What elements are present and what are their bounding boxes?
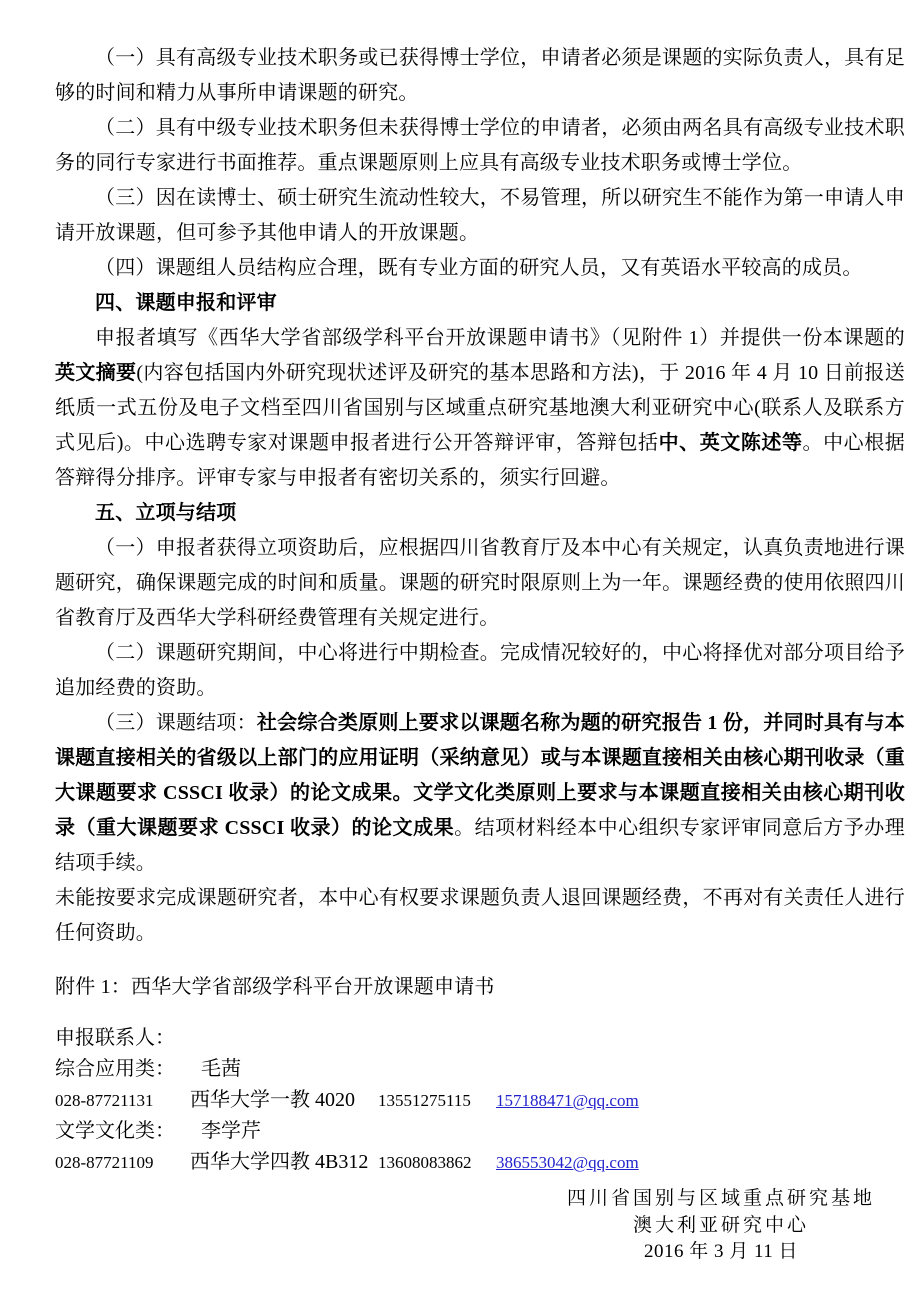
email-link[interactable]: 386553042@qq.com [496, 1147, 639, 1178]
condition-item-4: （四）课题组人员结构应合理，既有专业方面的研究人员，又有英语水平较高的成员。 [55, 251, 905, 286]
bold-run-english-abstract: 英文摘要 [55, 362, 136, 384]
signature-block: 四川省国别与区域重点研究基地 澳大利亚研究中心 2016 年 3 月 11 日 [567, 1186, 875, 1266]
signature-date: 2016 年 3 月 11 日 [567, 1239, 875, 1266]
bold-run-defense-languages: 中、英文陈述等 [659, 432, 803, 454]
contact-detail-row: 028-87721131 西华大学一教 4020 13551275115 157… [55, 1085, 905, 1116]
contact-address: 西华大学四教 4B312 [190, 1147, 378, 1178]
contact-mobile: 13551275115 [378, 1085, 496, 1116]
signature-org-line1: 四川省国别与区域重点研究基地 [567, 1186, 875, 1213]
paragraph-midterm-check: （二）课题研究期间，中心将进行中期检查。完成情况较好的，中心将择优对部分项目给予… [55, 636, 905, 706]
paragraph-penalty: 未能按要求完成课题研究者，本中心有权要求课题负责人退回课题经费，不再对有关责任人… [55, 881, 905, 951]
signature-org-line2: 澳大利亚研究中心 [567, 1213, 875, 1240]
paragraph-completion-requirements: （三）课题结项：社会综合类原则上要求以课题名称为题的研究报告 1 份，并同时具有… [55, 706, 905, 881]
section-heading-application-review: 四、课题申报和评审 [55, 286, 905, 321]
contact-category-row: 综合应用类： 毛茜 [55, 1054, 905, 1085]
contact-address: 西华大学一教 4020 [190, 1085, 378, 1116]
contacts-block: 申报联系人： 综合应用类： 毛茜 028-87721131 西华大学一教 402… [55, 1023, 905, 1178]
section-heading-project-completion: 五、立项与结项 [55, 496, 905, 531]
condition-item-3: （三）因在读博士、硕士研究生流动性较大，不易管理，所以研究生不能作为第一申请人申… [55, 181, 905, 251]
attachment-title: 附件 1：西华大学省部级学科平台开放课题申请书 [55, 971, 905, 1003]
contact-category-row: 文学文化类： 李学芹 [55, 1116, 905, 1147]
condition-item-1: （一）具有高级专业技术职务或已获得博士学位，申请者必须是课题的实际负责人，具有足… [55, 41, 905, 111]
contact-phone: 028-87721109 [55, 1147, 190, 1178]
contacts-title: 申报联系人： [55, 1023, 905, 1054]
contact-category-label: 文学文化类： [55, 1116, 175, 1147]
contact-category-label: 综合应用类： [55, 1054, 175, 1085]
email-link[interactable]: 157188471@qq.com [496, 1085, 639, 1116]
text-run: 申报者填写《西华大学省部级学科平台开放课题申请书》（见附件 1）并提供一份本课题… [95, 327, 905, 349]
paragraph-funding-rules: （一）申报者获得立项资助后，应根据四川省教育厅及本中心有关规定，认真负责地进行课… [55, 531, 905, 636]
paragraph-application-process: 申报者填写《西华大学省部级学科平台开放课题申请书》（见附件 1）并提供一份本课题… [55, 321, 905, 496]
contact-mobile: 13608083862 [378, 1147, 496, 1178]
signature-block-wrapper: 四川省国别与区域重点研究基地 澳大利亚研究中心 2016 年 3 月 11 日 [55, 1186, 905, 1266]
condition-item-2: （二）具有中级专业技术职务但未获得博士学位的申请者，必须由两名具有高级专业技术职… [55, 111, 905, 181]
contact-detail-row: 028-87721109 西华大学四教 4B312 13608083862 38… [55, 1147, 905, 1178]
contact-phone: 028-87721131 [55, 1085, 190, 1116]
contacts-title-label: 申报联系人： [55, 1023, 175, 1054]
contact-person-name: 李学芹 [201, 1116, 261, 1147]
contact-person-name: 毛茜 [201, 1054, 241, 1085]
text-run: （三）课题结项： [95, 712, 257, 734]
document-page: （一）具有高级专业技术职务或已获得博士学位，申请者必须是课题的实际负责人，具有足… [0, 0, 918, 1298]
